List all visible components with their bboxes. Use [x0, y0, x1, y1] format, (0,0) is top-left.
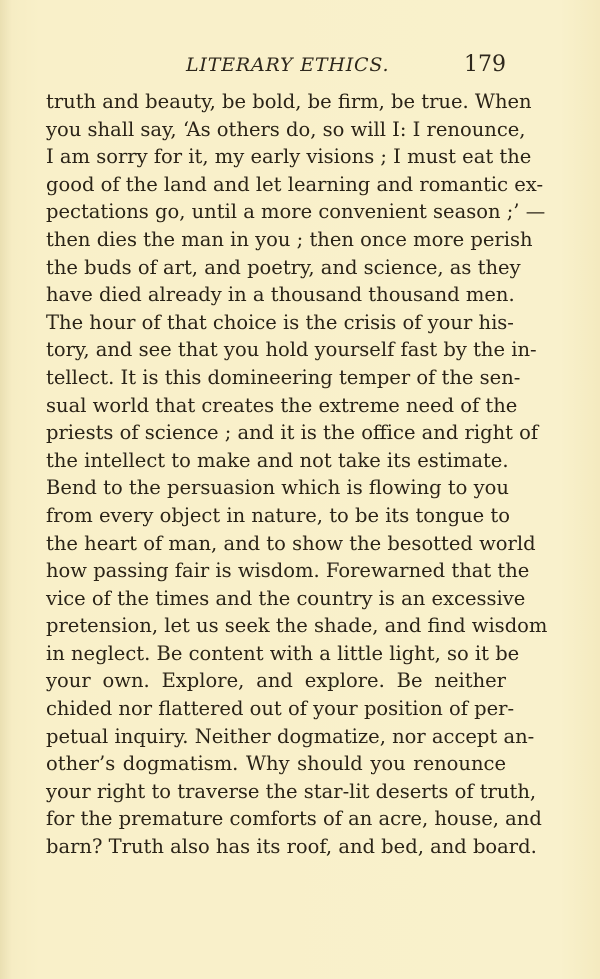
text-line: pretension, let us seek the shade, and f…	[46, 612, 506, 640]
text-line: Bend to the persuasion which is flowing …	[46, 474, 506, 502]
text-line: in neglect. Be content with a little lig…	[46, 640, 506, 668]
text-line: the intellect to make and not take its e…	[46, 447, 506, 475]
text-line: vice of the times and the country is an …	[46, 585, 506, 613]
text-line: how passing fair is wisdom. Forewarned t…	[46, 557, 506, 585]
text-line: you shall say, ‘As others do, so will I:…	[46, 116, 506, 144]
text-line: pectations go, until a more convenient s…	[46, 198, 506, 226]
text-line: I am sorry for it, my early visions ; I …	[46, 143, 506, 171]
text-line: have died already in a thousand thousand…	[46, 281, 506, 309]
text-line: tory, and see that you hold yourself fas…	[46, 336, 506, 364]
text-line: good of the land and let learning and ro…	[46, 171, 506, 199]
text-line: the heart of man, and to show the besott…	[46, 530, 506, 558]
text-line: other’s dogmatism. Why should you renoun…	[46, 750, 506, 778]
text-line: barn? Truth also has its roof, and bed, …	[46, 833, 506, 861]
page-header: LITERARY ETHICS. 179	[46, 52, 506, 82]
text-line: The hour of that choice is the crisis of…	[46, 309, 506, 337]
body-text: truth and beauty, be bold, be firm, be t…	[46, 88, 506, 861]
text-line: tellect. It is this domineering temper o…	[46, 364, 506, 392]
text-line: truth and beauty, be bold, be firm, be t…	[46, 88, 506, 116]
text-line: then dies the man in you ; then once mor…	[46, 226, 506, 254]
text-line: the buds of art, and poetry, and science…	[46, 254, 506, 282]
text-line: for the premature comforts of an acre, h…	[46, 805, 506, 833]
text-line: petual inquiry. Neither dogmatize, nor a…	[46, 723, 506, 751]
page-number: 179	[464, 52, 506, 77]
text-line: chided nor flattered out of your positio…	[46, 695, 506, 723]
text-line: sual world that creates the extreme need…	[46, 392, 506, 420]
text-line: priests of science ; and it is the offic…	[46, 419, 506, 447]
text-line: your own. Explore, and explore. Be neith…	[46, 667, 506, 695]
book-page: LITERARY ETHICS. 179 truth and beauty, b…	[0, 0, 600, 979]
text-line: your right to traverse the star-lit dese…	[46, 778, 506, 806]
running-title: LITERARY ETHICS.	[186, 54, 389, 76]
text-line: from every object in nature, to be its t…	[46, 502, 506, 530]
